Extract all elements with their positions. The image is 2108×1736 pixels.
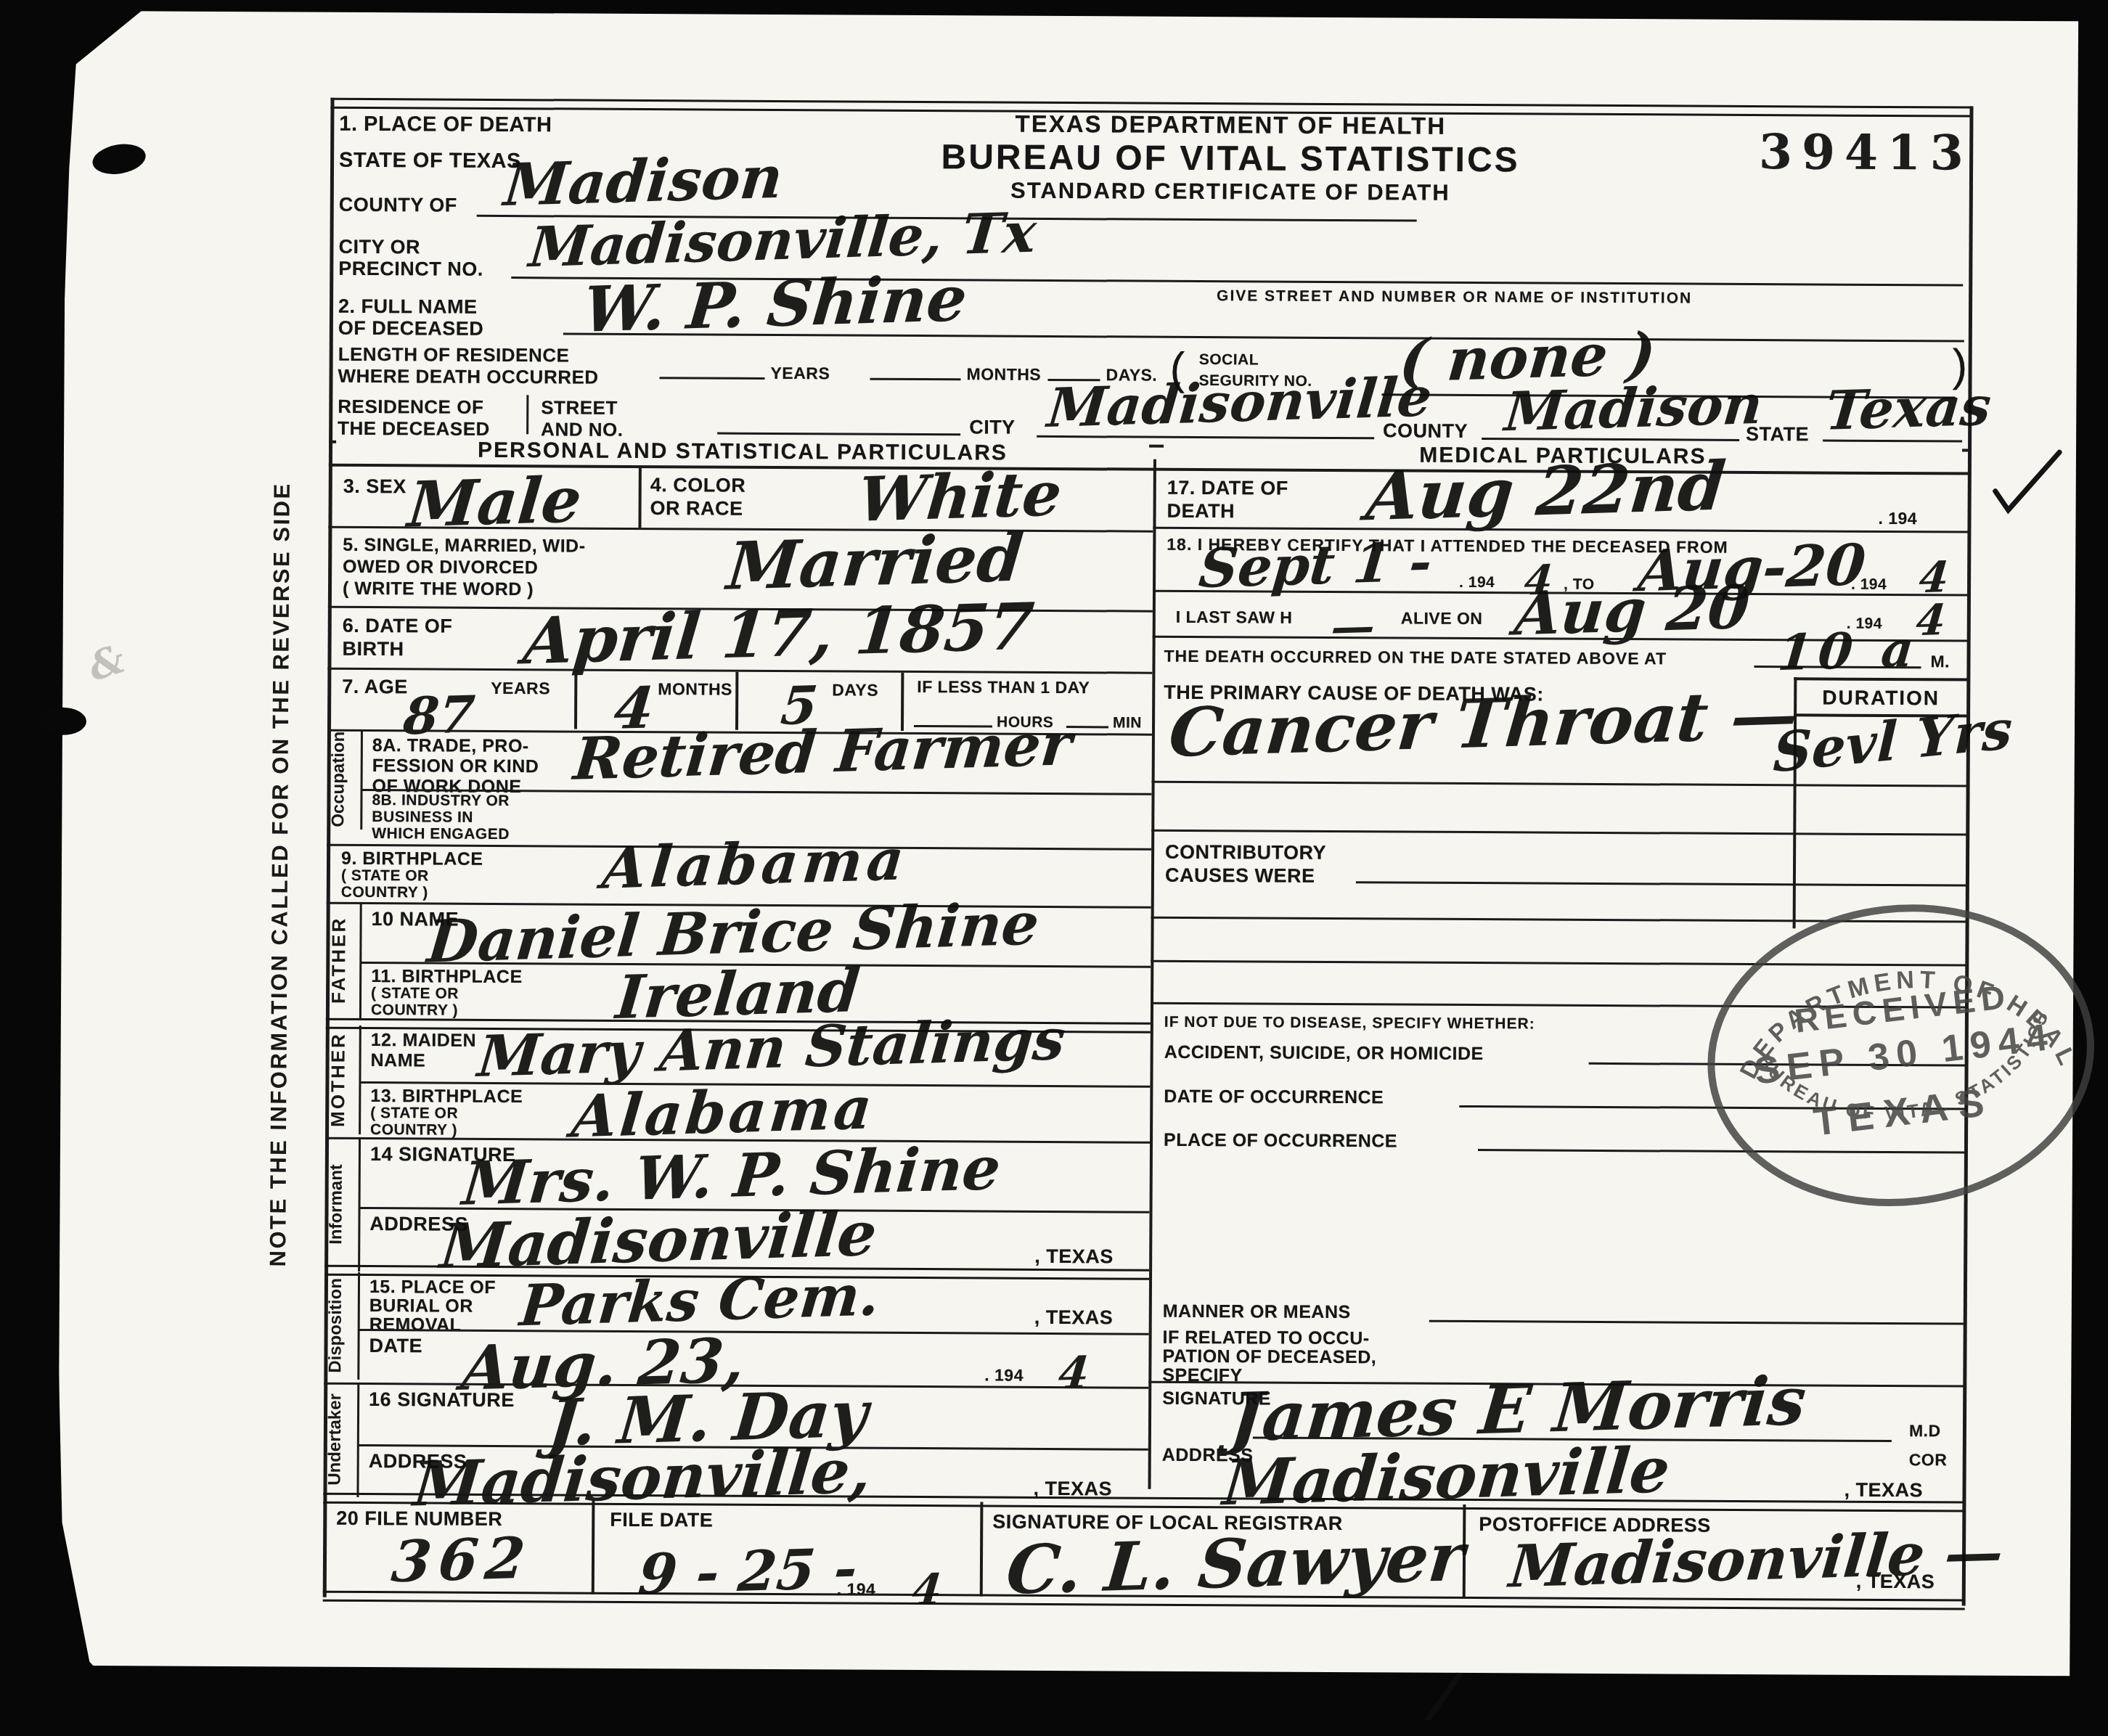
county-value: Madison xyxy=(502,143,786,220)
burial-texas-label: , TEXAS xyxy=(1034,1306,1114,1330)
checkmark xyxy=(1990,446,2066,523)
months-label: MONTHS xyxy=(966,364,1041,385)
header-department: TEXAS DEPARTMENT OF HEALTH xyxy=(867,110,1593,141)
physician-addr-value: Madisonville xyxy=(1220,1433,1673,1520)
marital-label-3: ( WRITE THE WORD ) xyxy=(343,578,534,600)
county2-label: COUNTY xyxy=(1383,419,1468,443)
time-value: 10 a xyxy=(1776,620,1922,682)
bottom-divider-2 xyxy=(980,1502,984,1596)
burial-label-3: REMOVAL xyxy=(369,1314,462,1336)
state-label: STATE xyxy=(1746,423,1809,446)
precinct-no-label: PRECINCT NO. xyxy=(338,258,483,281)
trade-label-1: 8A. TRADE, PRO- xyxy=(372,735,529,757)
date-occ-label: DATE OF OCCURRENCE xyxy=(1164,1086,1384,1109)
m-label: M. xyxy=(1930,652,1950,671)
street-note: GIVE STREET AND NUMBER OR NAME OF INSTIT… xyxy=(1217,287,1692,307)
file-date-value: 9 - 25 - xyxy=(636,1536,860,1607)
fullname-label-1: 2. FULL NAME xyxy=(338,295,478,319)
industry-label-1: 8B. INDUSTRY OR xyxy=(372,792,510,810)
last-saw-label-1: I LAST SAW H xyxy=(1176,607,1293,628)
age-label: 7. AGE xyxy=(342,676,408,698)
registrar-sig-value: C. L. Sawyer xyxy=(1003,1518,1468,1610)
age-divider-1 xyxy=(574,671,577,729)
burial-year-suffix: 4 xyxy=(1056,1348,1091,1399)
sex-value: Male xyxy=(405,463,585,541)
marital-label-2: OWED OR DIVORCED xyxy=(343,557,538,578)
scanned-death-certificate: & NOTE THE INFORMATION CALLED FOR ON THE… xyxy=(0,0,2108,1736)
if-less-label: IF LESS THAN 1 DAY xyxy=(917,677,1090,697)
age-days-label: DAYS xyxy=(832,680,878,700)
file-number-value: 362 xyxy=(389,1525,535,1595)
sex-color-divider xyxy=(638,468,641,528)
occurred-label: THE DEATH OCCURRED ON THE DATE STATED AB… xyxy=(1164,647,1667,669)
res-of-label-1: RESIDENCE OF xyxy=(338,396,483,419)
state-of-texas-label: STATE OF TEXAS xyxy=(339,149,521,173)
file-date-label: FILE DATE xyxy=(610,1509,713,1532)
dob-value: April 17, 1857 xyxy=(520,588,1037,679)
scan-tilt-wrapper: & NOTE THE INFORMATION CALLED FOR ON THE… xyxy=(0,0,2108,1736)
residence-label-2: WHERE DEATH OCCURRED xyxy=(338,365,598,389)
stamp-texas-text: TEXAS xyxy=(1811,1080,1996,1145)
bottom-divider-1 xyxy=(592,1500,595,1594)
fullname-label-2: OF DECEASED xyxy=(338,317,484,340)
file-year-suffix: 4 xyxy=(910,1565,944,1615)
cor-label: COR xyxy=(1909,1450,1948,1470)
county2-value: Madison xyxy=(1502,374,1765,444)
birthplace-value: Alabama xyxy=(600,827,911,902)
contrib-label-1: CONTRIBUTORY xyxy=(1165,841,1326,864)
header-bureau: BUREAU OF VITAL STATISTICS xyxy=(846,136,1615,181)
md-label: M.D xyxy=(1909,1421,1941,1441)
certificate-number: 39413 xyxy=(1759,123,1973,181)
age-years-label: YEARS xyxy=(491,679,550,698)
last-saw-dash: — xyxy=(1328,601,1376,653)
age-months-label: MONTHS xyxy=(658,679,732,700)
burial-year-prefix: . 194 xyxy=(984,1366,1024,1385)
min-label: MIN xyxy=(1113,714,1142,732)
place-occ-label: PLACE OF OCCURRENCE xyxy=(1164,1130,1397,1152)
birthplace-label-2: ( STATE OR xyxy=(341,867,429,885)
color-label-1: 4. COLOR xyxy=(650,474,746,497)
dob-label-2: BIRTH xyxy=(342,638,404,660)
place-of-death-label: 1. PLACE OF DEATH xyxy=(339,112,552,138)
dob-label-1: 6. DATE OF xyxy=(343,615,453,638)
if-not-label: IF NOT DUE TO DISEASE, SPECIFY WHETHER: xyxy=(1164,1014,1535,1033)
trade-label-2: FESSION OR KIND xyxy=(372,756,539,777)
ss-label-1: SOCIAL xyxy=(1199,351,1259,369)
street-label-1: STREET xyxy=(541,396,618,419)
street-label-2: AND NO. xyxy=(541,418,623,441)
accident-label: ACCIDENT, SUICIDE, OR HOMICIDE xyxy=(1164,1042,1484,1065)
county-of-label: COUNTY OF xyxy=(339,194,457,217)
mother-side-label: MOTHER xyxy=(327,1025,358,1134)
occupation-side-label: Occupation xyxy=(328,729,359,830)
disposition-side-label: Disposition xyxy=(325,1272,356,1380)
informant-texas-label: , TEXAS xyxy=(1034,1245,1114,1269)
city-or-label: CITY OR xyxy=(338,236,420,259)
father-bp-label-3: COUNTRY ) xyxy=(371,1002,458,1020)
father-bp-label-2: ( STATE OR xyxy=(371,985,459,1003)
city2-label: CITY xyxy=(969,416,1016,438)
last-saw-label-2: ALIVE ON xyxy=(1401,608,1483,629)
undertaker-addr-value: Madisonville, xyxy=(411,1435,875,1520)
informant-side-label: Informant xyxy=(326,1137,357,1272)
res-divider xyxy=(526,395,528,434)
years-label: YEARS xyxy=(770,364,830,383)
mother-bp-label-3: COUNTRY ) xyxy=(370,1121,457,1139)
dod-value: Aug 22nd xyxy=(1363,446,1729,536)
to-year-prefix: . 194 xyxy=(1851,576,1887,594)
months-rule xyxy=(870,378,961,381)
state-value: Texas xyxy=(1823,375,1993,443)
fullname-value: W. P. Shine xyxy=(580,262,970,347)
contrib-label-2: CAUSES WERE xyxy=(1165,864,1315,888)
father-side-label: FATHER xyxy=(327,902,359,1018)
undertaker-side-label: Undertaker xyxy=(324,1383,356,1497)
manner-label: MANNER OR MEANS xyxy=(1163,1301,1351,1323)
file-year-prefix: . 194 xyxy=(837,1579,876,1599)
maiden-label-2: NAME xyxy=(371,1050,426,1071)
maiden-label-1: 12. MAIDEN xyxy=(371,1030,476,1052)
color-label-2: OR RACE xyxy=(650,497,743,520)
mother-bp-label-2: ( STATE OR xyxy=(370,1105,458,1123)
dod-year-prefix: . 194 xyxy=(1878,509,1917,528)
industry-label-2: BUSINESS IN xyxy=(372,808,473,827)
received-stamp: DEPARTMENT OF HEALTH BUREAU OF VITAL STA… xyxy=(1689,890,2108,1221)
city2-value: Madisonville xyxy=(1045,366,1434,440)
marital-label-1: 5. SINGLE, MARRIED, WID- xyxy=(343,535,585,557)
from-year-prefix: . 194 xyxy=(1459,574,1495,591)
physician-texas-label: , TEXAS xyxy=(1844,1479,1923,1502)
birthplace-label-3: COUNTRY ) xyxy=(341,884,428,902)
po-texas-label: , TEXAS xyxy=(1856,1571,1935,1594)
dod-label-1: 17. DATE OF xyxy=(1167,477,1288,500)
burial-date-label: DATE xyxy=(369,1335,422,1357)
industry-label-3: WHICH ENGAGED xyxy=(372,825,510,843)
sex-label: 3. SEX xyxy=(343,475,407,498)
residence-label-1: LENGTH OF RESIDENCE xyxy=(338,343,570,367)
dod-label-2: DEATH xyxy=(1167,500,1235,523)
side-note: NOTE THE INFORMATION CALLED FOR ON THE R… xyxy=(264,308,312,1440)
punch-hole-middle xyxy=(38,708,86,735)
undertaker-sig-label: 16 SIGNATURE xyxy=(369,1388,515,1412)
